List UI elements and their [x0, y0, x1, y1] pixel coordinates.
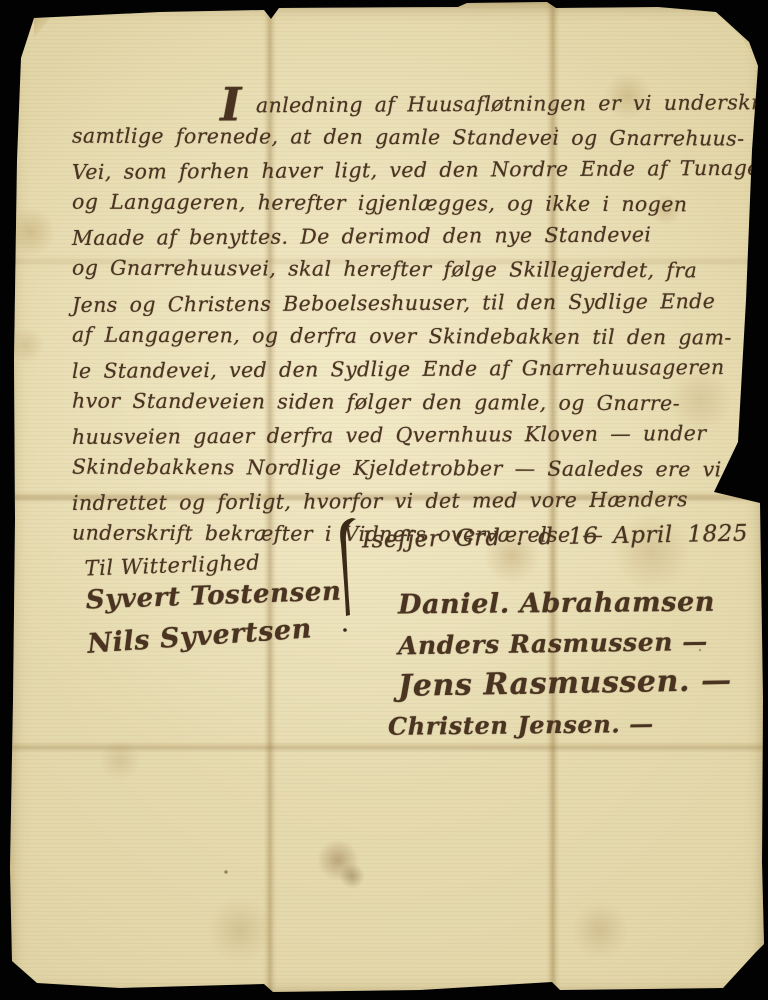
handwritten-line: Vei, som forhen haver ligt, ved den Nord… — [72, 152, 720, 189]
handwritten-line: huusveien gaaer derfra ved Qvernhuus Klo… — [72, 417, 720, 454]
handwritten-line: indrettet og forligt, hvorfor vi det med… — [72, 483, 720, 520]
handwritten-line: le Standevei, ved den Sydlige Ende af Gn… — [72, 351, 720, 388]
document-paper: Ianledning af Huusafløtningen er vi unde… — [0, 0, 768, 1000]
letter-body: Ianledning af Huusafløtningen er vi unde… — [72, 88, 720, 551]
handwritten-line: samtlige forenede, at den gamle Standeve… — [72, 120, 720, 156]
handwritten-line: af Langageren, og derfra over Skindebakk… — [72, 318, 720, 354]
signature: Anders Rasmussen — — [398, 622, 732, 666]
handwritten-line: og Gnarrehuusvei, skal herefter følge Sk… — [72, 252, 720, 288]
signature: Daniel. Abrahamsen — [398, 583, 732, 626]
handwritten-line: hvor Standeveien siden følger den gamle,… — [72, 384, 720, 420]
folded-corner-top-left — [30, 14, 52, 40]
handwritten-line: Maade af benyttes. De derimod den nye St… — [72, 218, 720, 255]
witness-block: Til Witterlighed Syvert TostensenNils Sy… — [84, 548, 343, 661]
signature: Jens Rasmussen. — — [398, 660, 732, 708]
handwritten-line: Ianledning af Huusafløtningen er vi unde… — [220, 86, 720, 122]
signature-block: Daniel. AbrahamsenAnders Rasmussen —Jens… — [398, 584, 732, 745]
signature: Christen Jensen. — — [388, 703, 732, 747]
handwritten-line: og Langageren, herefter igjenlægges, og … — [72, 186, 720, 222]
handwritten-line: Skindebakkens Nordlige Kjeldetrobber — S… — [72, 451, 720, 487]
folded-corner-top-right — [712, 8, 762, 70]
handwritten-line: Jens og Christens Beboelseshuuser, til d… — [72, 285, 720, 322]
photo-frame: Ianledning af Huusafløtningen er vi unde… — [0, 0, 768, 1000]
